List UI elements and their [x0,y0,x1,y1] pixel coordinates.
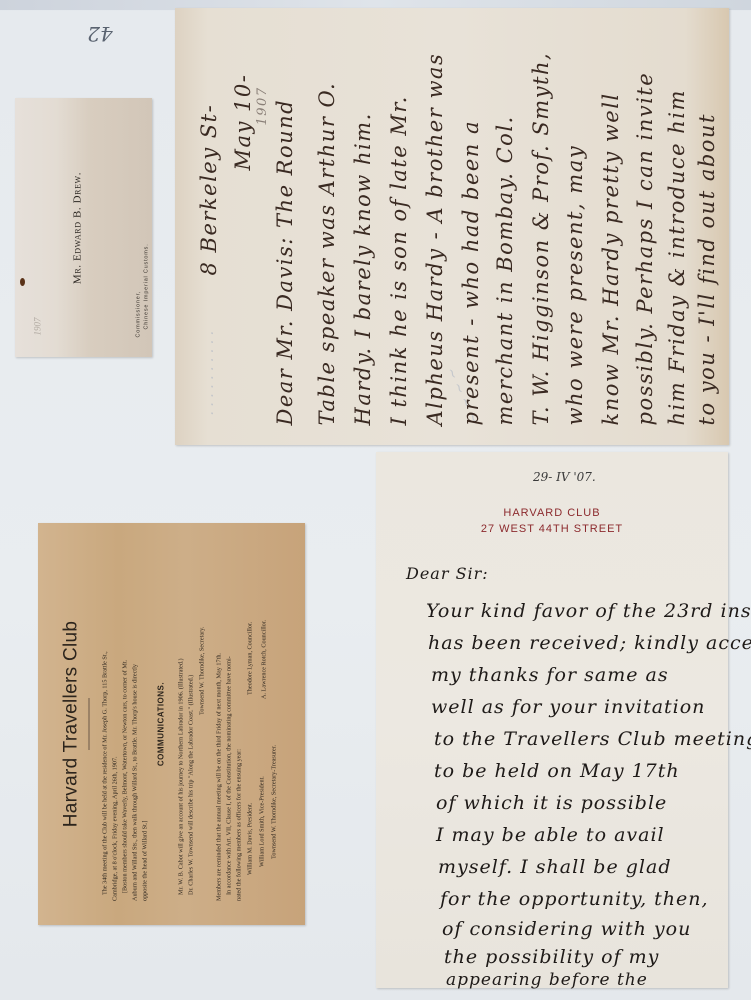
nominee: William M. Davis, President. [246,803,253,875]
business-card: 1907 Mr. Edward B. Drew. Commissioner, C… [15,98,152,357]
notice-title: Harvard Travellers Club [60,523,82,925]
nominee: Theodore Lyman, Councillor. [246,622,253,695]
notice-text: opposite the head of Willard St.] [140,821,149,901]
letter-line: of which it is possible [436,792,667,814]
letter-line: to you - I'll find out about [695,113,719,425]
letter-date: 29- IV '07. [533,470,596,484]
letter-line: for the opportunity, then, [440,888,709,910]
letter-line: Dear Mr. Davis: The Round [273,98,297,425]
letter-line: Hardy. I barely know him. [351,112,375,425]
letter-line: to the Travellers Club meeting [434,728,751,750]
letter-line: of considering with you [442,918,691,940]
letter-line: to be held on May 17th [434,760,680,782]
letter-line: the possibility of my [444,946,659,968]
letter-line: appearing before the [446,970,648,990]
notice-text: Cambridge, at 8 o'clock, Friday evening,… [110,756,119,901]
letter-address: 8 Berkeley St- [197,103,221,275]
letter-line: possibly. Perhaps I can invite [633,71,657,425]
letterhead-address: 27 WEST 44TH STREET [376,523,728,535]
travellers-club-notice: Harvard Travellers Club The 34th meeting… [38,523,305,925]
letter-year-note: 1907 [255,86,270,125]
letter-line: present - who had been a [459,119,483,425]
letter-line: I may be able to avail [436,824,665,846]
letter-line: my thanks for same as [431,664,669,686]
letter-line: has been received; kindly accept [428,632,751,654]
letter-line: T. W. Higginson & Prof. Smyth, [529,51,553,425]
letter-line: him Friday & introduce him [665,89,689,425]
page-number: 42 [80,22,120,46]
card-pencil-note: 1907 [32,317,42,335]
notice-text: Mr. W. B. Cabot will give an account of … [176,658,185,895]
letter-line: myself. I shall be glad [438,856,671,878]
letter-line: know Mr. Hardy pretty well [599,92,623,425]
notice-text: [Boston members should take Waverly, Bel… [120,660,129,893]
notice-text: Auburn and Willard Sts., then walk throu… [130,664,139,901]
letter-line: well as for your invitation [431,696,705,718]
notice-text: Dr. Charles W. Townsend will describe hi… [186,675,195,895]
handwritten-letter-berkeley: · · · · · · · · · · ~ ~ ~ ~ 8 Berkeley S… [175,8,729,445]
letter-line: Your kind favor of the 23rd inst. [426,600,751,622]
letterhead-name: HARVARD CLUB [376,507,728,519]
notice-text: nated the following members as officers … [234,749,243,901]
notice-text: The 34th meeting of the Club will be hel… [100,651,109,895]
bleedthrough-text: · · · · · · · · · · [205,330,221,415]
letter-line: I think he is son of late Mr. [387,95,411,425]
letter-date: May 10- [231,73,255,170]
letter-line: merchant in Bombay. Col. [493,115,517,425]
notice-text: Members are reminded that the annual mee… [214,653,223,901]
handwritten-letter-harvard-club: 29- IV '07. HARVARD CLUB 27 WEST 44TH ST… [376,452,728,988]
letter-line: Table speaker was Arthur O. [315,81,339,425]
letter-line: Alpheus Hardy - A brother was [423,52,447,425]
letter-line: who were present, may [563,144,587,425]
card-title-line2: Chinese Imperial Customs. [143,243,149,329]
section-heading: COMMUNICATIONS. [156,523,165,925]
nominee: Townsend W. Thorndike, Secretary-Treasur… [270,745,277,859]
card-title-line1: Commissioner, [135,290,141,337]
card-name: Mr. Edward B. Drew. [71,98,83,357]
letter-salutation: Dear Sir: [406,564,489,583]
secretary-signature: Townsend W. Thorndike, Secretary. [198,627,205,715]
nominee: A. Lawrence Rotch, Councillor. [260,620,267,699]
title-rule [88,698,89,750]
notice-text: In accordance with Art. VII, Clause I, o… [224,656,233,895]
nominee: William Lord Smith, Vice-President. [258,776,265,867]
